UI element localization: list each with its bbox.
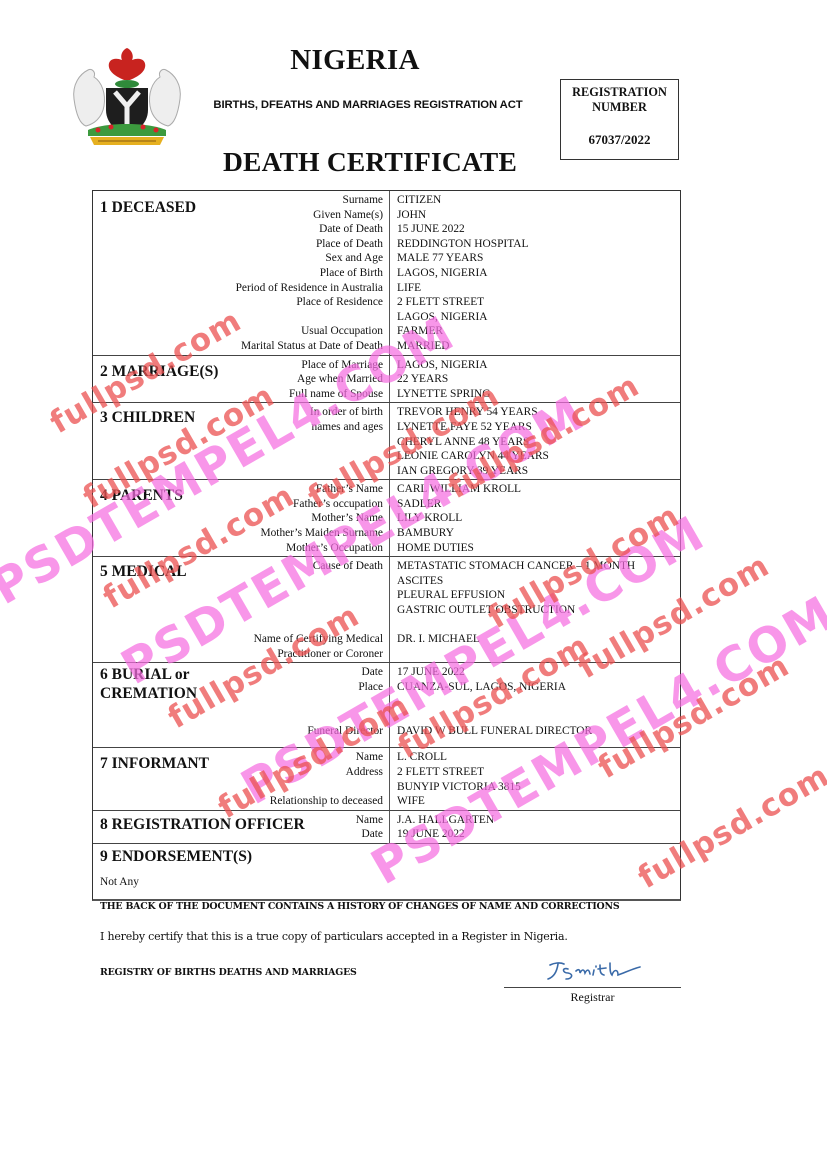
field-value: IAN GREGORY 39 YEARS (397, 464, 680, 479)
field-value: MALE 77 YEARS (397, 251, 680, 266)
field-value: LIFE (397, 281, 680, 296)
field-label (93, 603, 383, 618)
field-value: DR. I. MICHAEL (397, 632, 680, 647)
field-value: 22 YEARS (397, 372, 680, 387)
field-label: Usual Occupation (93, 324, 383, 339)
field-value: LYNETTE FAYE 52 YEARS (397, 420, 680, 435)
registration-label-line2: NUMBER (592, 100, 647, 114)
registry-name: REGISTRY OF BIRTHS DEATHS AND MARRIAGES (100, 967, 357, 978)
field-value: 2 FLETT STREET (397, 765, 680, 780)
registration-number: 67037/2022 (561, 132, 678, 147)
field-label: Sex and Age (93, 251, 383, 266)
document-title: DEATH CERTIFICATE (200, 146, 540, 178)
field-label: Place of Birth (93, 266, 383, 281)
field-value (397, 647, 680, 662)
field-value: CUANZA-SUL, LAGOS, NIGERIA (397, 680, 680, 695)
registrar-signature (540, 955, 650, 985)
value-column: 17 JUNE 2022CUANZA-SUL, LAGOS, NIGERIADA… (390, 663, 680, 747)
back-of-document-note: THE BACK OF THE DOCUMENT CONTAINS A HIST… (100, 901, 619, 912)
signatory-title: Registrar (504, 990, 681, 1005)
field-value: JOHN (397, 208, 680, 223)
field-label: Date of Death (93, 222, 383, 237)
field-label: Name of Certifying Medical (93, 632, 383, 647)
section-medical: 5 MEDICAL Cause of DeathName of Certifyi… (93, 557, 680, 663)
field-label: Place of Residence (93, 295, 383, 310)
field-label: Relationship to deceased (93, 794, 383, 809)
field-label: Period of Residence in Australia (93, 281, 383, 296)
section-marriages: 2 MARRIAGE(S) Place of MarriageAge when … (93, 356, 680, 404)
section-title: 5 MEDICAL (100, 562, 187, 581)
section-title: 9 ENDORSEMENT(S) (100, 847, 252, 866)
field-label (93, 709, 383, 724)
field-label: Mother’s Maiden Surname (93, 526, 383, 541)
field-value: HOME DUTIES (397, 541, 680, 556)
field-value (397, 709, 680, 724)
field-label (93, 618, 383, 633)
field-label (93, 310, 383, 325)
value-column: CARL WILLIAM KROLLSADLERLILY KROLLBAMBUR… (390, 480, 680, 556)
section-title-line2: CREMATION (100, 685, 197, 702)
field-value: L. CROLL (397, 750, 680, 765)
value-column: CITIZENJOHN15 JUNE 2022REDDINGTON HOSPIT… (390, 191, 680, 355)
field-value: ASCITES (397, 574, 680, 589)
field-value: SADLER (397, 497, 680, 512)
field-value: LAGOS, NIGERIA (397, 310, 680, 325)
certificate-table: 1 DECEASED SurnameGiven Name(s)Date of D… (92, 190, 681, 901)
section-title: 7 INFORMANT (100, 754, 209, 773)
section-title: 3 CHILDREN (100, 408, 195, 427)
field-value: LEONIE CAROLYN 44 YEARS (397, 449, 680, 464)
field-value: LILY KROLL (397, 511, 680, 526)
section-title: 1 DECEASED (100, 198, 196, 217)
signature-line (504, 987, 681, 988)
field-value: LAGOS, NIGERIA (397, 266, 680, 281)
field-value: BUNYIP VICTORIA 3815 (397, 780, 680, 795)
field-value: LAGOS, NIGERIA (397, 358, 680, 373)
field-label (93, 449, 383, 464)
field-value: WIFE (397, 794, 680, 809)
value-column: TREVOR HENRY 54 YEARSLYNETTE FAYE 52 YEA… (390, 403, 680, 479)
field-value: GASTRIC OUTLET OBSTRUCTION (397, 603, 680, 618)
field-value: METASTATIC STOMACH CANCER – 1 MONTH (397, 559, 680, 574)
endorsement-text: Not Any (100, 876, 139, 888)
section-deceased: 1 DECEASED SurnameGiven Name(s)Date of D… (93, 191, 680, 356)
value-column: METASTATIC STOMACH CANCER – 1 MONTHASCIT… (390, 557, 680, 662)
field-value: BAMBURY (397, 526, 680, 541)
section-children: 3 CHILDREN In order of birthnames and ag… (93, 403, 680, 480)
field-value: 17 JUNE 2022 (397, 665, 680, 680)
value-column: J.A. HALLGARTEN19 JUNE 2022 (390, 811, 680, 843)
field-value: CITIZEN (397, 193, 680, 208)
registration-number-box: REGISTRATION NUMBER 67037/2022 (560, 79, 679, 160)
section-title: 6 BURIAL or CREMATION (100, 665, 197, 703)
field-value (397, 618, 680, 633)
field-value: 15 JUNE 2022 (397, 222, 680, 237)
field-label (93, 588, 383, 603)
field-value: CHERYL ANNE 48 YEARS (397, 435, 680, 450)
field-label: Place of Death (93, 237, 383, 252)
field-label: Full name of Spouse (93, 387, 383, 402)
field-value: 19 JUNE 2022 (397, 827, 680, 842)
field-value: J.A. HALLGARTEN (397, 813, 680, 828)
registration-label-line1: REGISTRATION (572, 85, 667, 99)
section-endorsements: 9 ENDORSEMENT(S) Not Any (93, 844, 680, 899)
field-value: FARMER (397, 324, 680, 339)
field-value: REDDINGTON HOSPITAL (397, 237, 680, 252)
section-burial: 6 BURIAL or CREMATION DatePlaceFuneral D… (93, 663, 680, 748)
certification-statement: I hereby certify that this is a true cop… (100, 930, 568, 943)
value-column: LAGOS, NIGERIA22 YEARSLYNETTE SPRING (390, 356, 680, 403)
field-label (93, 464, 383, 479)
field-value: TREVOR HENRY 54 YEARS (397, 405, 680, 420)
field-label: Marital Status at Date of Death (93, 339, 383, 354)
field-label: Mother’s Occupation (93, 541, 383, 556)
field-value (397, 695, 680, 710)
field-value: CARL WILLIAM KROLL (397, 482, 680, 497)
section-title: 2 MARRIAGE(S) (100, 362, 218, 381)
country-title: NIGERIA (255, 44, 455, 77)
section-registration-officer: 8 REGISTRATION OFFICER NameDate J.A. HAL… (93, 811, 680, 844)
field-value: DAVID W BULL FUNERAL DIRECTOR (397, 724, 680, 739)
field-label: Practitioner or Coroner (93, 647, 383, 662)
section-parents: 4 PARENTS Father’s NameFather’s occupati… (93, 480, 680, 557)
field-value: 2 FLETT STREET (397, 295, 680, 310)
field-label: Mother’s Name (93, 511, 383, 526)
section-title: 4 PARENTS (100, 486, 183, 505)
section-informant: 7 INFORMANT NameAddressRelationship to d… (93, 748, 680, 810)
section-title: 8 REGISTRATION OFFICER (100, 815, 305, 834)
nigeria-coat-of-arms-icon (66, 44, 188, 148)
section-title-line1: 6 BURIAL or (100, 666, 190, 683)
field-label (93, 780, 383, 795)
field-label: Funeral Director (93, 724, 383, 739)
field-value: MARRIED (397, 339, 680, 354)
value-column: L. CROLL2 FLETT STREETBUNYIP VICTORIA 38… (390, 748, 680, 809)
field-value: PLEURAL EFFUSION (397, 588, 680, 603)
field-label (93, 435, 383, 450)
act-subtitle: BIRTHS, DFEATHS AND MARRIAGES REGISTRATI… (190, 99, 546, 111)
field-value: LYNETTE SPRING (397, 387, 680, 402)
